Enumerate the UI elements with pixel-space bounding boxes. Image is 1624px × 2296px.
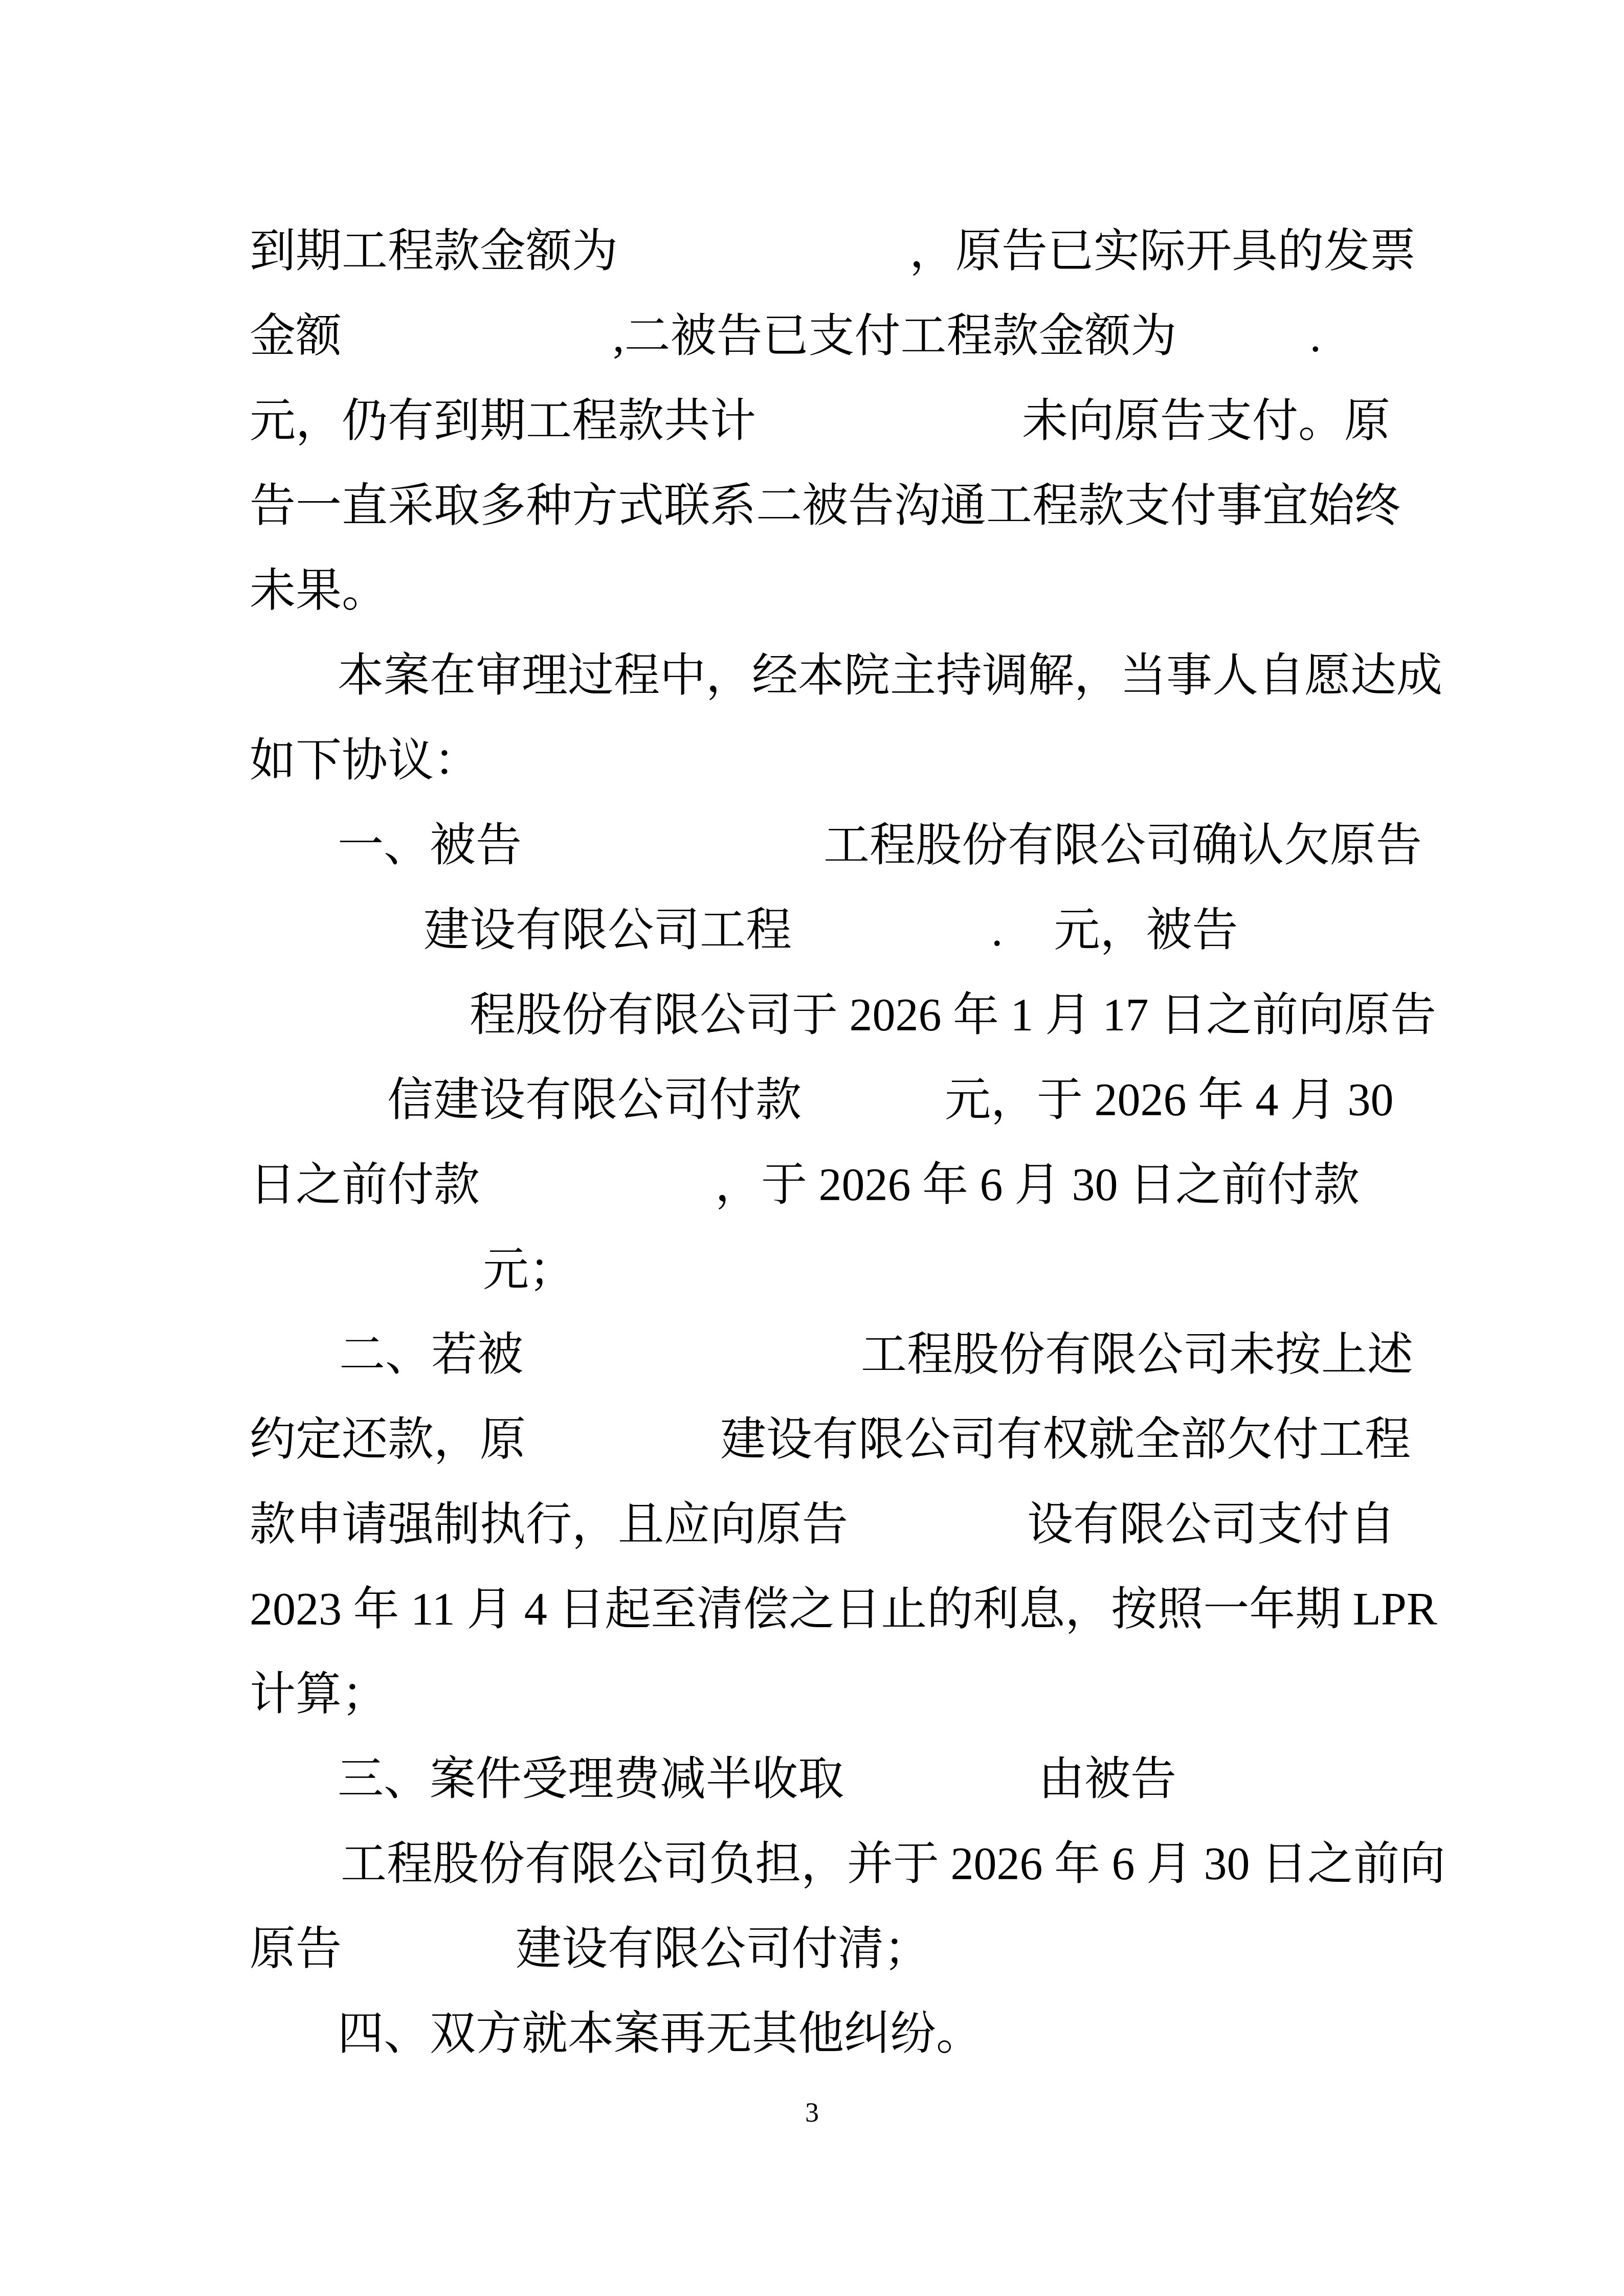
line-text: 建设有限公司有权就全部欠付工程 <box>720 1414 1411 1465</box>
blank-space <box>480 1199 715 1200</box>
line-text: ，原告已实际开具的发票 <box>909 226 1416 277</box>
blank-space <box>848 1539 1027 1540</box>
document-line: 未果。 <box>250 549 1441 634</box>
document-line: 一、被告工程股份有限公司确认欠原告 <box>338 803 1441 888</box>
line-text: 二、若被 <box>339 1330 523 1380</box>
line-text: ，于 2026 年 6 月 30 日之前付款 <box>715 1160 1360 1210</box>
line-text: . <box>991 905 1003 956</box>
line-text: 2023 年 11 月 4 日起至清偿之日止的利息，按照一年期 LPR <box>250 1584 1437 1635</box>
blank-space <box>522 860 824 861</box>
line-text: 信建设有限公司付款 <box>387 1075 802 1126</box>
document-content: 到期工程款金额为，原告已实际开具的发票金额,二被告已支付工程款金额为.元，仍有到… <box>250 209 1441 2077</box>
line-text: 约定还款，原 <box>250 1414 526 1465</box>
document-line: 款申请强制执行，且应向原告设有限公司支付自 <box>250 1482 1441 1567</box>
document-line: 告一直采取多种方式联系二被告沟通工程款支付事宜始终 <box>250 464 1441 549</box>
blank-space <box>802 1114 945 1115</box>
line-text: 三、案件受理费减半收取 <box>338 1754 844 1805</box>
document-line: 建设有限公司工程.元，被告 <box>424 888 1441 973</box>
document-line: 到期工程款金额为，原告已实际开具的发票 <box>250 209 1441 294</box>
line-text: 元，被告 <box>1054 905 1238 956</box>
document-line: 计算； <box>250 1652 1441 1737</box>
document-line: 2023 年 11 月 4 日起至清偿之日止的利息，按照一年期 LPR <box>250 1567 1441 1652</box>
document-line: 金额,二被告已支付工程款金额为. <box>250 294 1441 379</box>
line-text: 到期工程款金额为 <box>250 226 618 277</box>
document-line: 工程股份有限公司负担，并于 2026 年 6 月 30 日之前向 <box>341 1822 1441 1907</box>
line-text: 建设有限公司付清； <box>516 1924 930 1974</box>
blank-space <box>526 1454 720 1455</box>
line-text: ,二被告已支付工程款金额为 <box>613 311 1177 362</box>
line-text: 原告 <box>250 1924 342 1974</box>
page-number: 3 <box>0 2096 1624 2129</box>
blank-space <box>523 1369 861 1370</box>
blank-space <box>618 265 909 266</box>
line-text: 工程股份有限公司确认欠原告 <box>824 820 1422 871</box>
blank-space <box>792 944 991 946</box>
document-line: 元，仍有到期工程款共计未向原告支付。原 <box>250 379 1441 464</box>
line-text: 元； <box>483 1245 575 1295</box>
line-text: 由被告 <box>1038 1754 1176 1805</box>
document-line: 四、双方就本案再无其他纠纷。 <box>338 1992 1441 2077</box>
line-text: 工程股份有限公司未按上述 <box>861 1330 1413 1380</box>
blank-space <box>342 350 613 351</box>
document-line: 如下协议： <box>250 718 1441 803</box>
line-text: 计算； <box>250 1669 388 1720</box>
blank-space <box>1003 944 1054 946</box>
line-text: 一、被告 <box>338 820 522 871</box>
line-text: 告一直采取多种方式联系二被告沟通工程款支付事宜始终 <box>250 481 1400 531</box>
line-text: 元，于 2026 年 4 月 30 <box>945 1075 1394 1126</box>
line-text: 元，仍有到期工程款共计 <box>250 396 756 446</box>
blank-space <box>756 435 1022 436</box>
document-line: 本案在审理过程中，经本院主持调解，当事人自愿达成 <box>338 634 1441 718</box>
document-line: 程股份有限公司于 2026 年 1 月 17 日之前向原告 <box>470 973 1441 1058</box>
line-text: . <box>1310 311 1322 362</box>
blank-space <box>342 1963 516 1964</box>
line-text: 未向原告支付。原 <box>1022 396 1390 446</box>
document-line: 原告建设有限公司付清； <box>250 1907 1441 1992</box>
document-line: 元； <box>483 1228 1441 1313</box>
blank-space <box>1177 350 1310 351</box>
line-text: 四、双方就本案再无其他纠纷。 <box>338 2009 982 2059</box>
line-text: 如下协议： <box>250 735 480 786</box>
line-text: 工程股份有限公司负担，并于 2026 年 6 月 30 日之前向 <box>341 1839 1445 1889</box>
line-text: 本案在审理过程中，经本院主持调解，当事人自愿达成 <box>338 650 1442 701</box>
document-line: 约定还款，原建设有限公司有权就全部欠付工程 <box>250 1398 1441 1482</box>
line-text: 款申请强制执行，且应向原告 <box>250 1499 848 1550</box>
line-text: 建设有限公司工程 <box>424 905 792 956</box>
document-line: 信建设有限公司付款元，于 2026 年 4 月 30 <box>387 1058 1441 1143</box>
line-text: 未果。 <box>250 566 388 616</box>
document-line: 日之前付款，于 2026 年 6 月 30 日之前付款 <box>250 1143 1441 1228</box>
document-page: 到期工程款金额为，原告已实际开具的发票金额,二被告已支付工程款金额为.元，仍有到… <box>0 0 1624 2296</box>
line-text: 日之前付款 <box>250 1160 480 1210</box>
line-text: 设有限公司支付自 <box>1027 1499 1395 1550</box>
document-line: 三、案件受理费减半收取由被告 <box>338 1737 1441 1822</box>
line-text: 程股份有限公司于 2026 年 1 月 17 日之前向原告 <box>470 990 1436 1041</box>
blank-space <box>844 1793 1038 1794</box>
document-line: 二、若被工程股份有限公司未按上述 <box>339 1313 1441 1398</box>
line-text: 金额 <box>250 311 342 362</box>
